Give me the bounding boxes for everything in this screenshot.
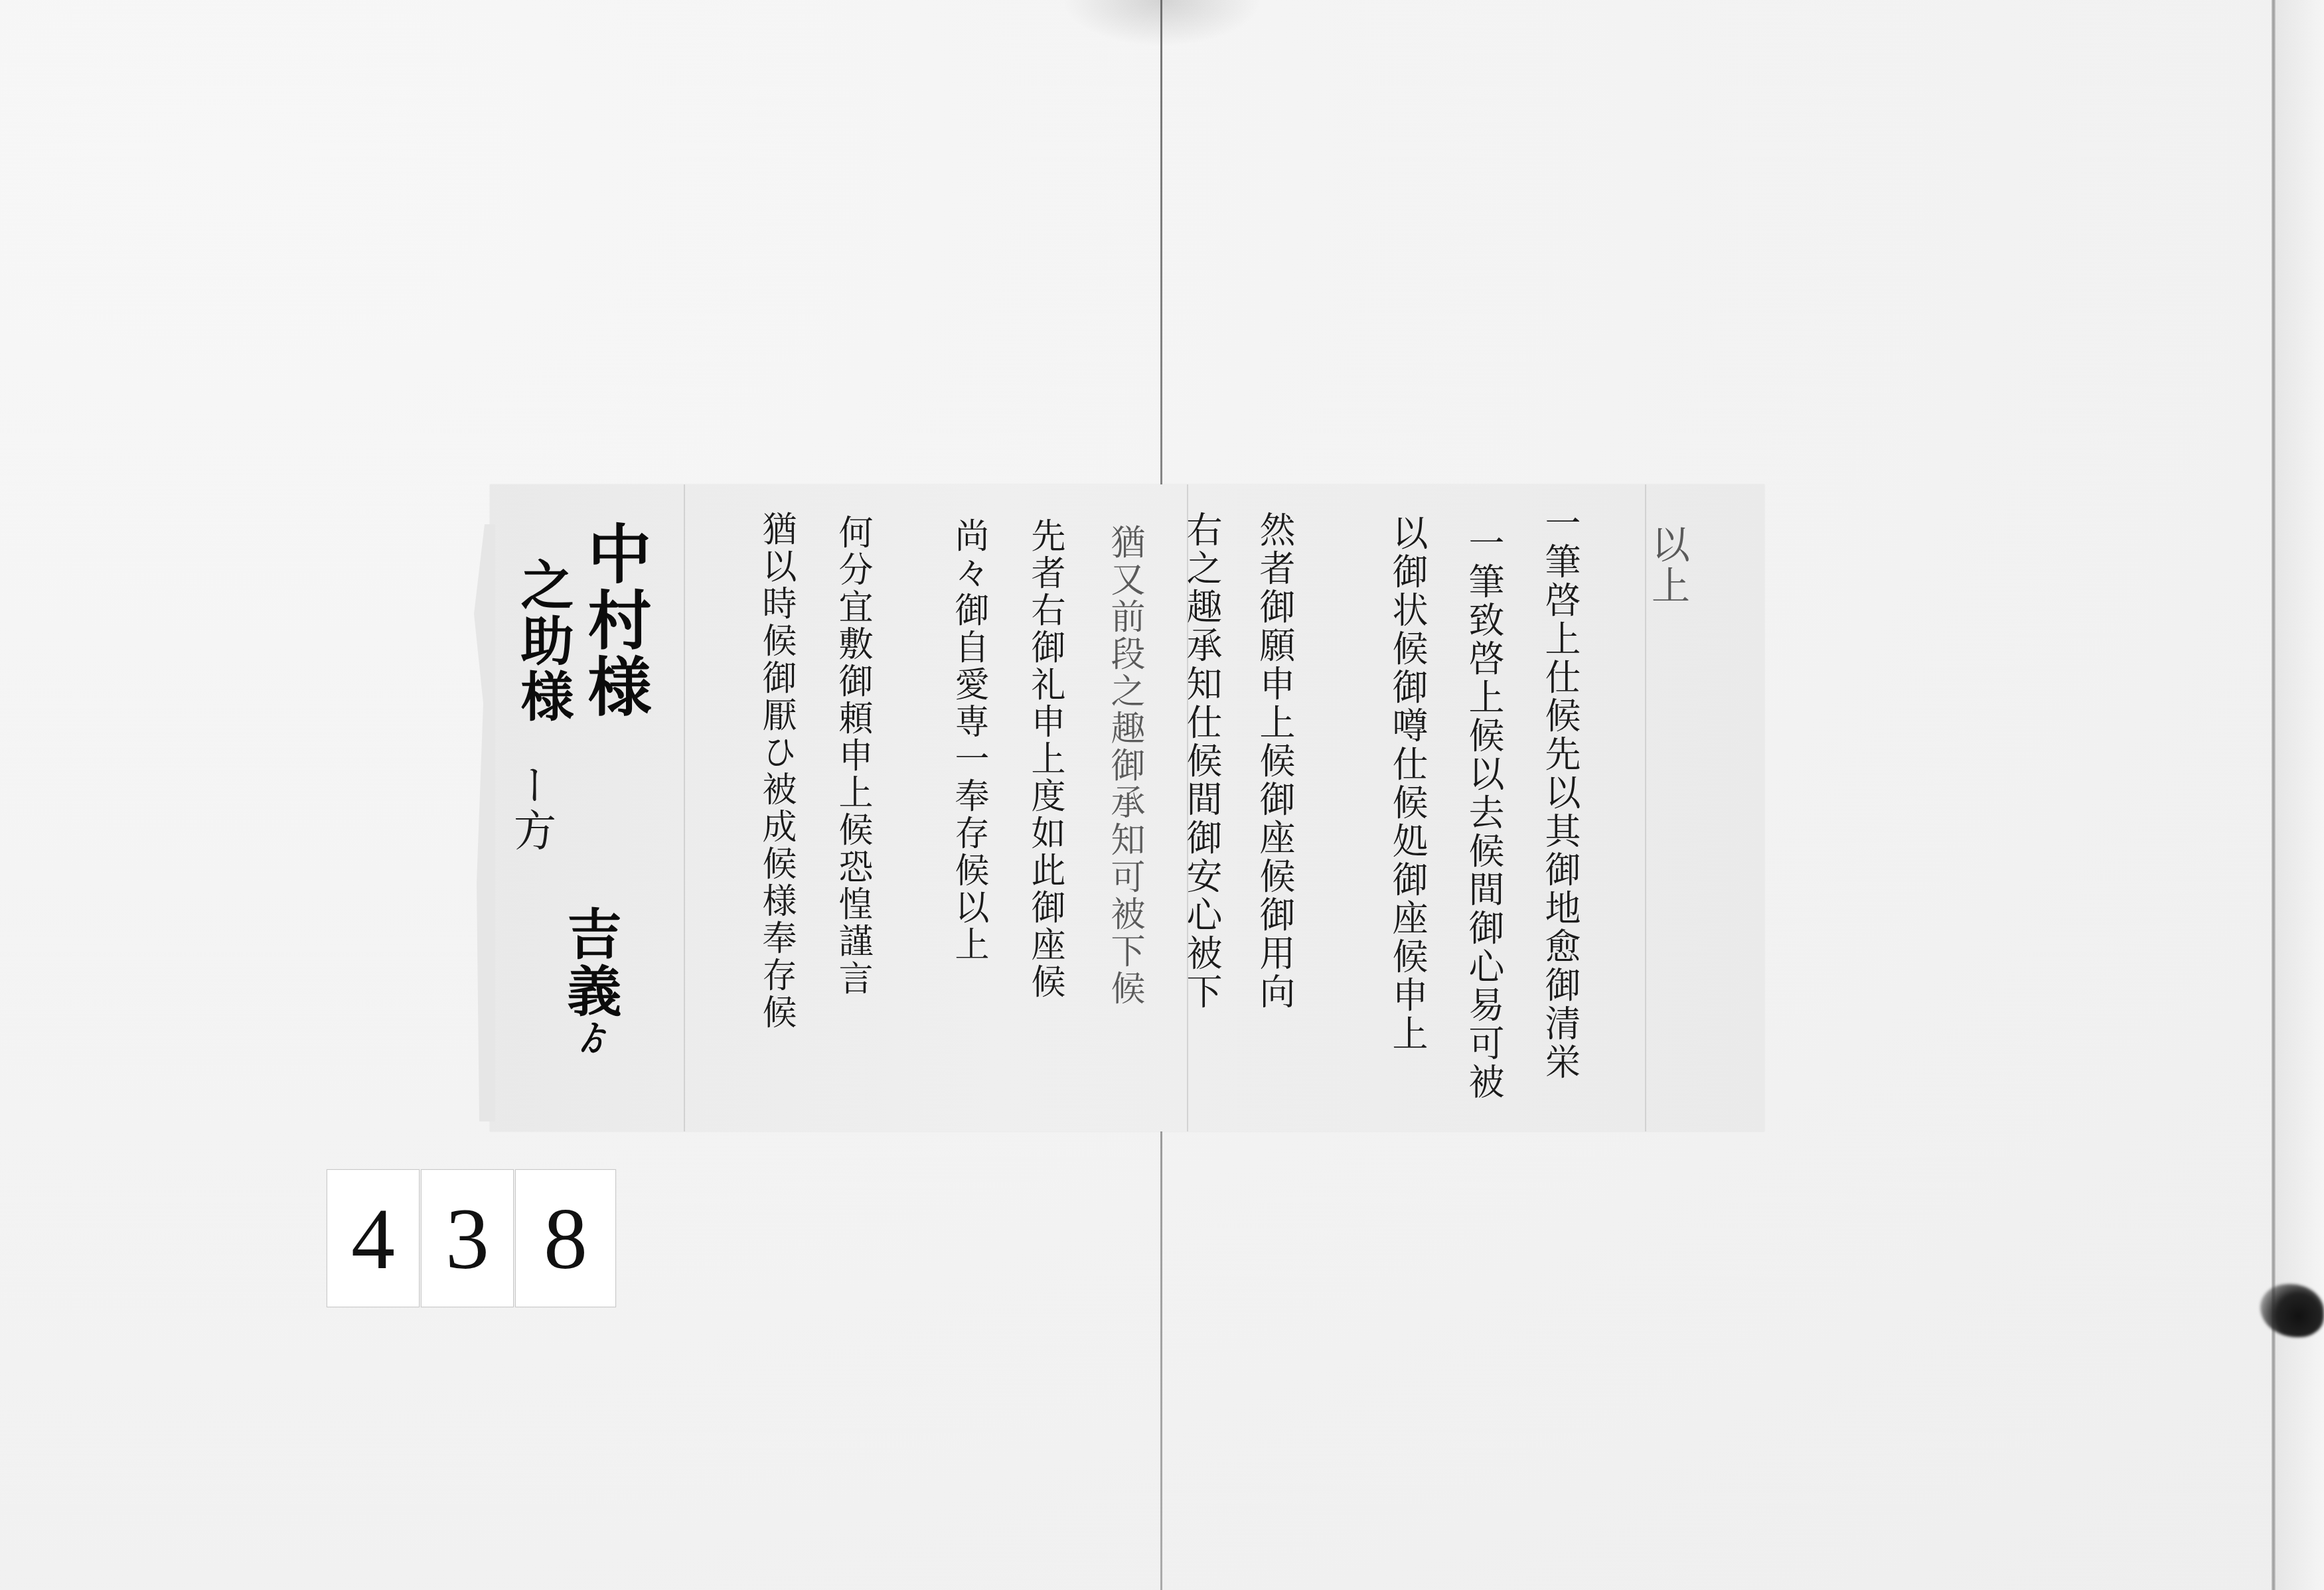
addressee-given-name-part2: 助様: [512, 613, 574, 725]
paper-fold-crease: [684, 484, 685, 1131]
addressee-mark: ー方: [510, 763, 552, 853]
body-column-1: 一筆啓上仕候先以其御地愈御清栄: [1542, 504, 1578, 1082]
catalog-digit-2: 3: [421, 1169, 514, 1307]
addressee-surname-text: 中村: [578, 521, 653, 654]
body-column-6: 猶又前段之趣御承知可被下候: [1107, 524, 1142, 1007]
body-column-4: 然者御願申上候御座候御用向: [1257, 511, 1292, 1011]
body-column-5: 右之趣承知仕候間御安心被下: [1184, 511, 1219, 1011]
body-column-10: 猶以時候御厭ひ被成候様奉存候: [759, 511, 793, 1031]
addressee-given-name: 之助様: [516, 557, 570, 725]
addressee-given-name-part1: 之: [512, 557, 574, 613]
sender-name: 吉義: [558, 906, 622, 1020]
sender-signature: 吉義ゟ: [563, 906, 617, 1057]
addressee-surname: 中村様: [583, 521, 647, 720]
page-edge-shadow: [2276, 0, 2324, 1590]
catalog-digit-3: 8: [515, 1169, 616, 1307]
body-column-8: 尚々御自愛専一奉存候以上: [951, 518, 986, 964]
body-column-3: 以御状候御噂仕候処御座候申上: [1389, 514, 1425, 1053]
body-column-7: 先者右御礼申上度如此御座候: [1028, 518, 1062, 1001]
body-column-9: 何分宜敷御頼申上候恐惶謹言: [835, 514, 870, 997]
addressee-honorific: 様: [578, 654, 653, 720]
letter-sheet: 以上 一筆啓上仕候先以其御地愈御清栄 一筆致啓上候以去候間御心易可被 以御状候御…: [490, 484, 1764, 1131]
body-column-2: 一筆致啓上候以去候間御心易可被: [1466, 524, 1502, 1102]
right-page-edge: [2272, 0, 2276, 1590]
catalog-digit-1: 4: [327, 1169, 420, 1307]
opening-text: 以上: [1648, 524, 1687, 607]
sender-suffix: ゟ: [570, 1020, 611, 1057]
